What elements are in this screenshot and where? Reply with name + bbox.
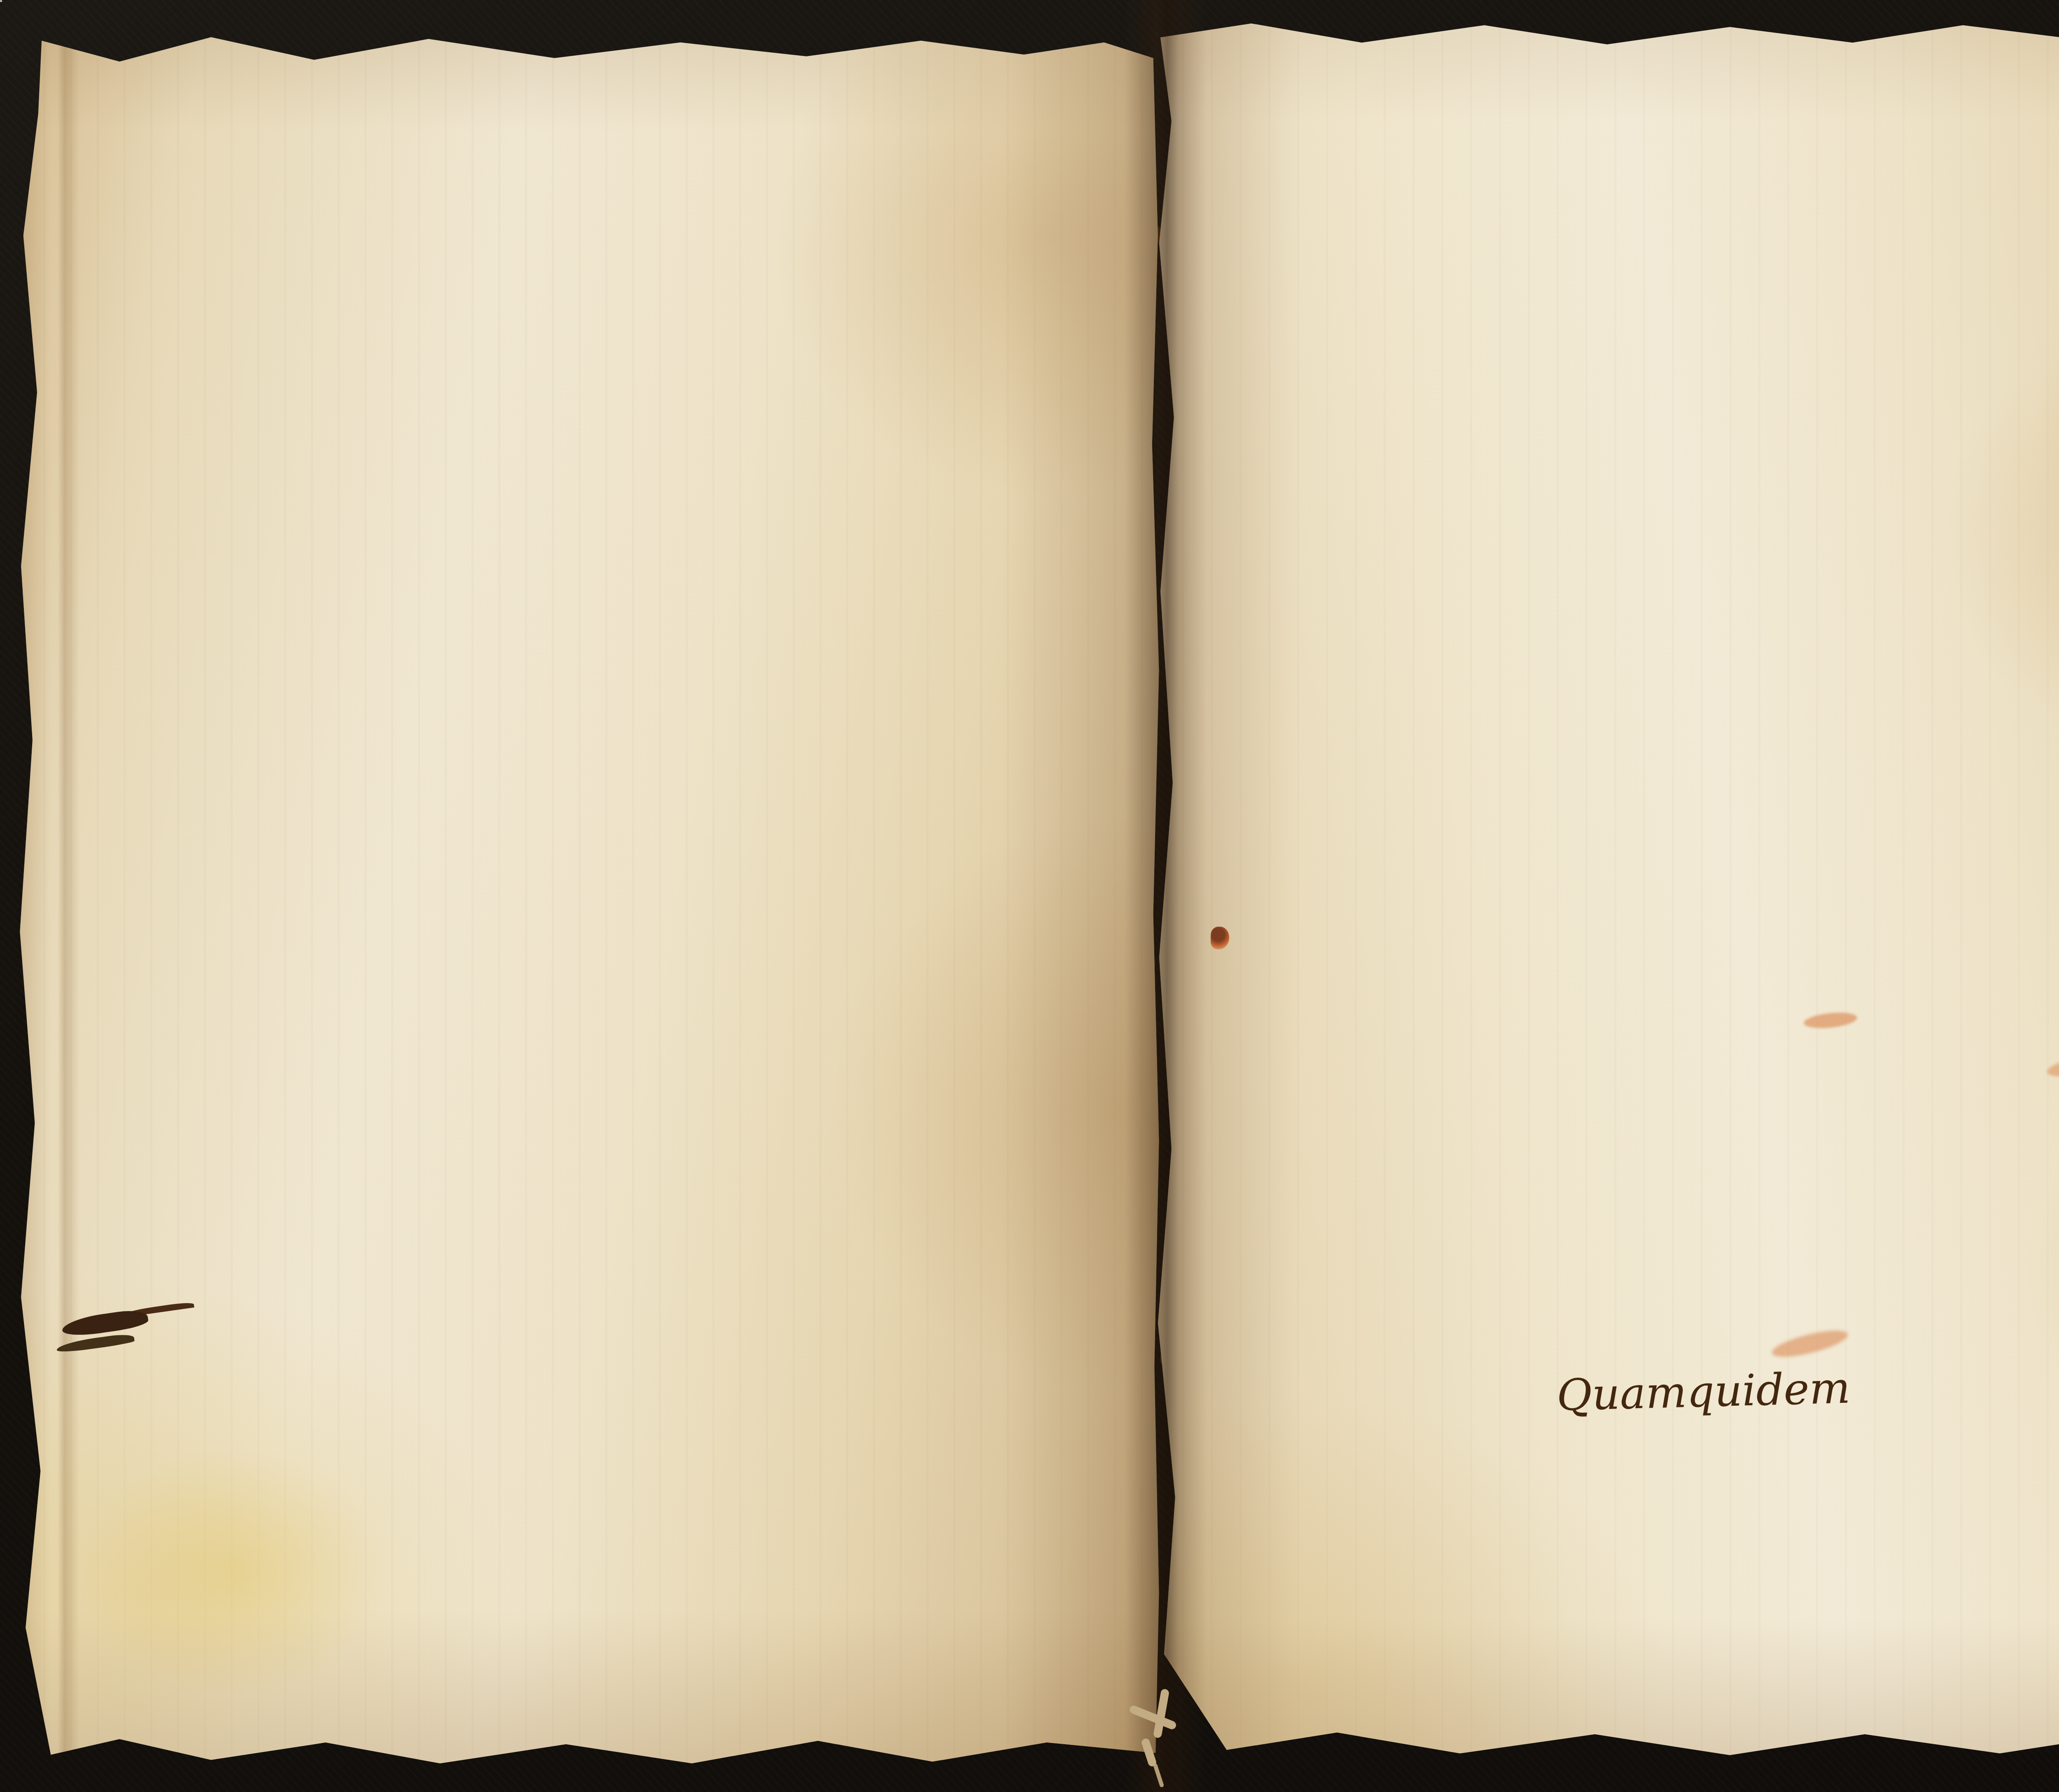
dust-specks (0, 0, 2, 2)
manuscript-photo: de chalmeta parrochiæ predictæ de salis … (0, 0, 2059, 1792)
right-manuscript-page (1153, 16, 2059, 1759)
paper-stain (78, 1448, 387, 1695)
emphasized-word: Quamquidem (1556, 1364, 1851, 1421)
left-manuscript-page (16, 27, 1161, 1767)
paper-stain (2038, 140, 2059, 675)
